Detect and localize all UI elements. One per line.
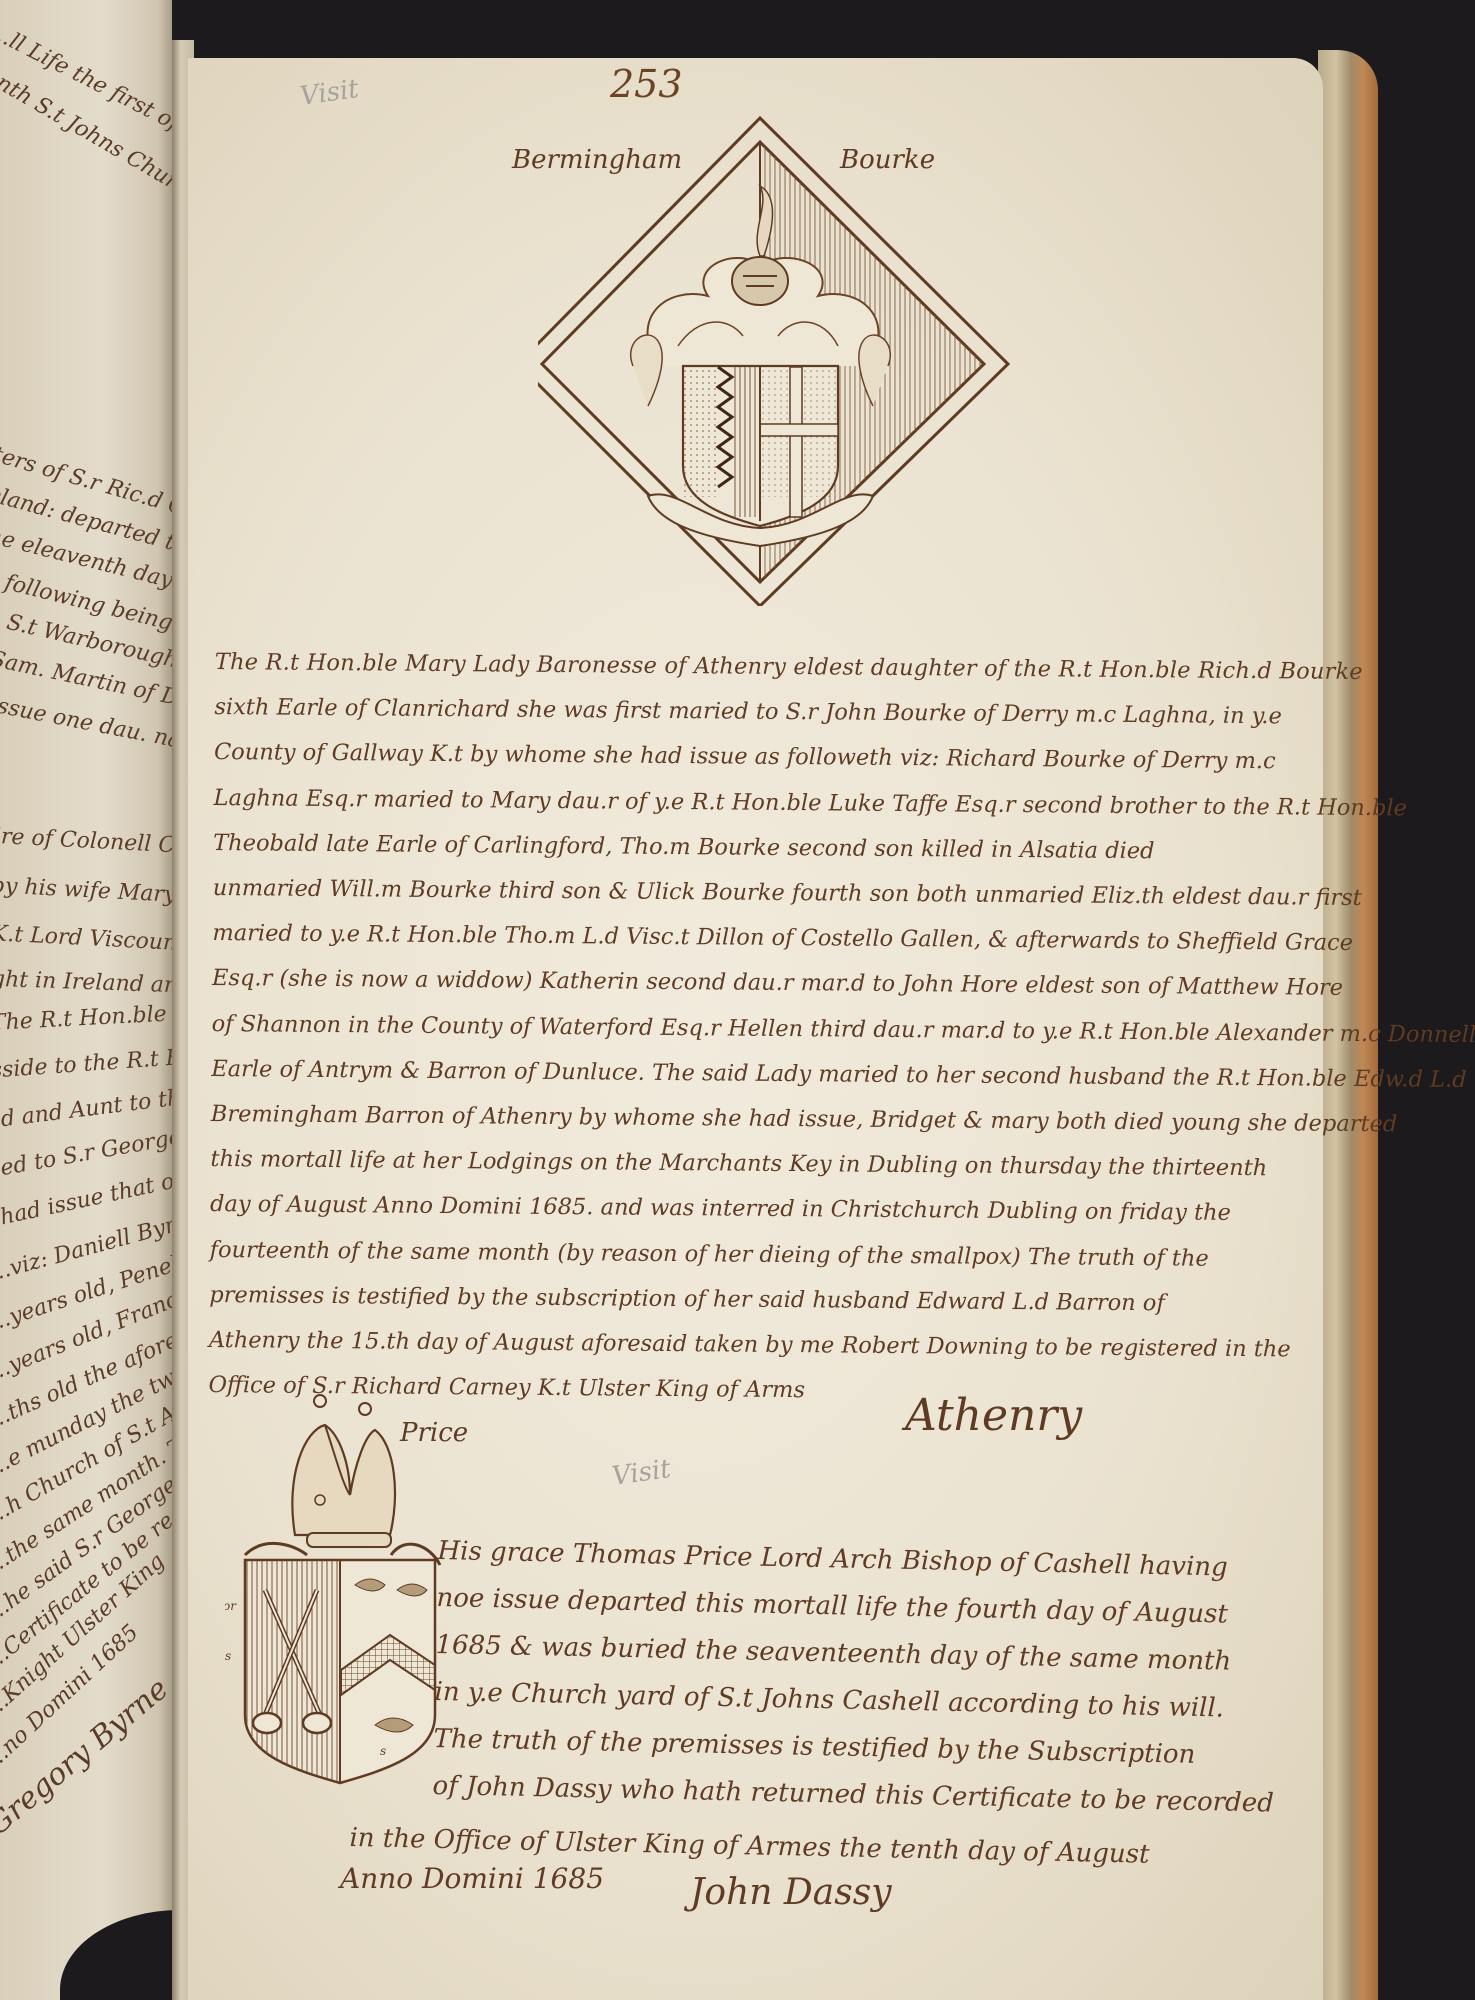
folio-number: 253	[610, 62, 683, 106]
tincture-label: s	[225, 1649, 231, 1663]
hatchment-coat-of-arms	[538, 116, 1028, 606]
signature-athenry: Athenry	[905, 1390, 1082, 1441]
entry-price-text: His grace Thomas Price Lord Arch Bishop …	[432, 1528, 1279, 1828]
left-page-signature: ...Gregory Byrne	[0, 1671, 175, 1861]
signature-john-dassy: John Dassy	[690, 1872, 892, 1913]
tincture-label: or	[225, 1599, 237, 1613]
entry-athenry-text: The R.t Hon.ble Mary Lady Baronesse of A…	[208, 640, 1475, 1419]
left-page: ...ll Life the first of July 16.. ...nth…	[0, 0, 172, 2000]
date-line: Anno Domini 1685	[340, 1862, 604, 1895]
tincture-label: s	[380, 1744, 386, 1758]
price-coat-of-arms-with-mitre: or s s	[225, 1385, 445, 1785]
